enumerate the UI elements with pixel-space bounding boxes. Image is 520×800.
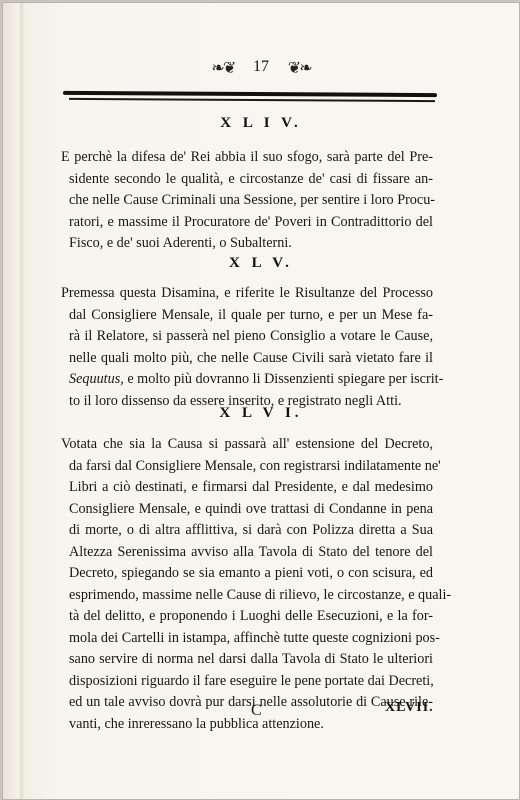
text-line: nelle quali molto più, che nelle Cause C… — [69, 348, 433, 370]
page-header: ❧❦ 17 ❦❧ — [3, 57, 519, 77]
section-heading-xlvi: X L V I. — [3, 405, 519, 422]
text-line: Consigliere Mensale, e quindi ove tratta… — [69, 499, 433, 521]
text-line: ratori, e massime il Procuratore de' Pov… — [69, 212, 433, 234]
text-line: tà del delitto, e proponendo i Luoghi de… — [69, 606, 433, 628]
text-line: sidente secondo le qualità, e circostanz… — [69, 169, 433, 191]
text-line-with-italic: Sequutus, e molto più dovranno li Dissen… — [69, 369, 433, 391]
text-line: Libri a ciò destinati, e firmarsi dal Pr… — [69, 477, 433, 499]
text-run: e molto più dovranno li Dissenzienti spi… — [124, 371, 444, 387]
text-line: che nelle Cause Criminali una Sessione, … — [69, 190, 433, 212]
text-line: esprimendo, massime nelle Cause di rilie… — [69, 585, 433, 607]
text-line: da farsi dal Consigliere Mensale, con re… — [69, 456, 433, 478]
text-line: Decreto, spiegando se sia emanto a pieni… — [69, 563, 433, 585]
signature-mark: C — [251, 702, 262, 720]
book-page: ❧❦ 17 ❦❧ X L I V. E perchè la difesa de'… — [2, 2, 520, 800]
text-line: Altezza Serenissima avviso alla Tavola d… — [69, 542, 433, 564]
text-line: Premessa questa Disamina, e riferite le … — [61, 283, 433, 305]
page-number: 17 — [253, 58, 269, 76]
italic-term: Sequutus, — [69, 371, 124, 387]
text-line: Votata che sia la Causa si passarà all' … — [61, 434, 433, 456]
section-paragraph-xliv: E perchè la difesa de' Rei abbia il suo … — [61, 147, 433, 255]
text-line: mola dei Cartelli in istampa, affinchè t… — [69, 628, 433, 650]
fleuron-ornament-icon: ❦❧ — [288, 58, 311, 77]
section-heading-xliv: X L I V. — [3, 115, 519, 132]
section-paragraph-xlvi: Votata che sia la Causa si passarà all' … — [61, 434, 433, 735]
text-line: di morte, o di altra afflittiva, si darà… — [69, 520, 433, 542]
header-rule-thin — [69, 98, 435, 102]
text-line: disposizioni riguardo il fare eseguire l… — [69, 671, 433, 693]
section-paragraph-xlv: Premessa questa Disamina, e riferite le … — [61, 283, 433, 412]
fleuron-ornament-icon: ❧❦ — [211, 58, 234, 77]
text-line: E perchè la difesa de' Rei abbia il suo … — [61, 147, 433, 169]
catchword: XLVII. — [385, 700, 434, 716]
text-line: dal Consigliere Mensale, il quale per tu… — [69, 305, 433, 327]
text-line: Fisco, e de' suoi Aderenti, o Subalterni… — [69, 233, 433, 255]
text-line: rà il Relatore, si passerà nel pieno Con… — [69, 326, 433, 348]
header-rule-thick — [63, 91, 437, 97]
text-line: sano servire di norma nel darsi dalla Ta… — [69, 649, 433, 671]
section-heading-xlv: X L V. — [3, 255, 519, 272]
